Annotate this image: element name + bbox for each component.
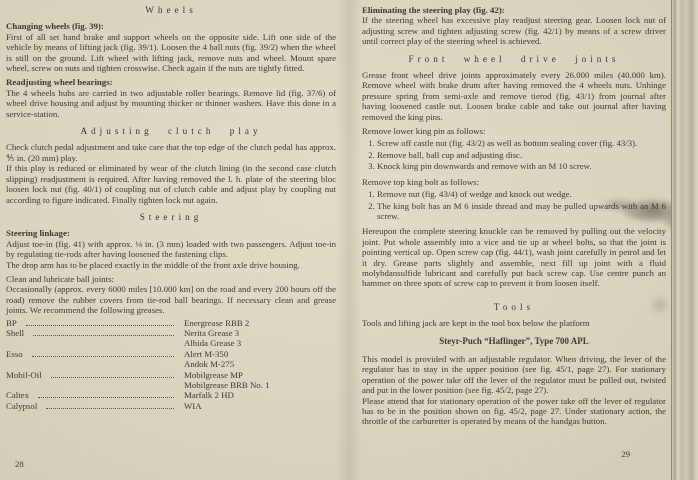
section-heading-front-wheel: Front wheel drive joints xyxy=(362,54,666,64)
grease-product: Marfalk 2 HD xyxy=(184,390,336,400)
changing-wheels-title: Changing wheels (fig. 39): xyxy=(6,21,104,31)
eliminating-play-title: Eliminating the steering play (fig. 42): xyxy=(362,5,505,15)
eliminating-play-body: If the steering wheel has excessive play… xyxy=(362,15,666,46)
book-page-edges xyxy=(671,0,698,480)
steering-linkage-title: Steering linkage: xyxy=(6,228,70,238)
grease-product: Mobilgrease BRB No. 1 xyxy=(184,380,336,390)
grease-product: Alert M-350 xyxy=(184,349,336,359)
grease-row-bp: BP Energrease RBB 2 xyxy=(6,318,336,328)
dotted-leader xyxy=(32,349,174,357)
dotted-leader xyxy=(51,370,174,378)
left-page: Wheels Changing wheels (fig. 39): First … xyxy=(0,0,345,480)
lower-king-pin-list: Screw off castle nut (fig. 43/2) as well… xyxy=(362,138,666,171)
grease-row-esso: Esso Alert M-350 xyxy=(6,349,336,359)
grease-brand: Shell xyxy=(6,328,24,338)
grease-product: Mobilgrease MP xyxy=(184,370,336,380)
steering-paragraph-3: Occasionally (approx. every 6000 miles [… xyxy=(6,284,336,315)
readjusting-bearings-body: The 4 wheels hubs are carried in two adj… xyxy=(6,88,336,119)
grease-row-mobil: Mobil-Oil Mobilgrease MP xyxy=(6,370,336,380)
dotted-leader xyxy=(33,328,174,336)
grease-product: WIA xyxy=(184,401,336,411)
grease-product: Nerita Grease 3 xyxy=(184,328,336,338)
list-item: Knock king pin downwards and remove with… xyxy=(377,161,666,171)
clutch-paragraph-2: If this play is reduced or eliminated by… xyxy=(6,163,336,205)
dotted-leader xyxy=(46,401,174,409)
section-readjusting-bearings: Readjusting wheel bearings: The 4 wheels… xyxy=(6,77,336,119)
section-changing-wheels: Changing wheels (fig. 39): First of all … xyxy=(6,21,336,73)
section-heading-tools: Tools xyxy=(362,302,666,312)
grease-product: Energrease RBB 2 xyxy=(184,318,336,328)
changing-wheels-body: First of all set hand brake and support … xyxy=(6,32,336,74)
grease-row-calypsol: Calypsol WIA xyxy=(6,401,336,411)
section-heading-clutch: Adjusting clutch play xyxy=(6,126,336,136)
grease-product: Alhida Grease 3 xyxy=(184,338,336,348)
lower-king-pin-intro: Remove lower king pin as follows: xyxy=(362,126,666,136)
section-steering: Steering linkage: Adjust toe-in (fig. 41… xyxy=(6,228,336,315)
grease-row-shell: Shell Nerita Grease 3 xyxy=(6,328,336,338)
grease-brand: Mobil-Oil xyxy=(6,370,42,380)
grease-brand: Caltex xyxy=(6,390,29,400)
grease-row-esso-cont: Andok M-275 xyxy=(6,359,336,369)
page-gutter xyxy=(336,0,362,480)
list-item: Screw off castle nut (fig. 43/2) as well… xyxy=(377,138,666,148)
grease-brand: Calypsol xyxy=(6,401,37,411)
page-number-right: 29 xyxy=(621,449,630,459)
front-wheel-paragraph-1: Grease front wheel drive joints approxim… xyxy=(362,70,666,122)
dotted-leader xyxy=(38,390,174,398)
grease-row-mobil-cont: Mobilgrease BRB No. 1 xyxy=(6,380,336,390)
section-heading-steering: Steering xyxy=(6,212,336,222)
readjusting-bearings-title: Readjusting wheel bearings: xyxy=(6,77,113,87)
section-clutch: Check clutch pedal adjustment and take c… xyxy=(6,142,336,204)
grease-brand: Esso xyxy=(6,349,23,359)
steering-paragraph-1: Adjust toe-in (fig. 41) with approx. ⅛ i… xyxy=(6,239,336,260)
grease-brand: BP xyxy=(6,318,17,328)
clutch-paragraph-1: Check clutch pedal adjustment and take c… xyxy=(6,142,336,163)
page-number-left: 28 xyxy=(15,459,24,469)
grease-product: Andok M-275 xyxy=(184,359,336,369)
section-heading-wheels: Wheels xyxy=(6,5,336,15)
steering-paragraph-2: The drop arm has to be placed exactly in… xyxy=(6,260,336,270)
section-haflinger: This model is provided with an adjustabl… xyxy=(362,354,666,427)
haflinger-title: Steyr-Puch “Haflinger”, Type 700 APL xyxy=(362,336,666,346)
grease-row-shell-cont: Alhida Grease 3 xyxy=(6,338,336,348)
grease-table: BP Energrease RBB 2 Shell Nerita Grease … xyxy=(6,318,336,412)
haflinger-paragraph-2: Please attend that for stationary operat… xyxy=(362,396,666,427)
dotted-leader xyxy=(26,318,174,326)
manual-spread: Wheels Changing wheels (fig. 39): First … xyxy=(0,0,698,480)
tools-paragraph: Tools and lifting jack are kept in the t… xyxy=(362,318,666,328)
grease-row-caltex: Caltex Marfalk 2 HD xyxy=(6,390,336,400)
haflinger-paragraph-1: This model is provided with an adjustabl… xyxy=(362,354,666,396)
steering-subtitle: Clean and lubricate ball joints: xyxy=(6,274,336,284)
list-item: Remove ball, ball cup and adjusting disc… xyxy=(377,150,666,160)
section-eliminating-play: Eliminating the steering play (fig. 42):… xyxy=(362,5,666,47)
